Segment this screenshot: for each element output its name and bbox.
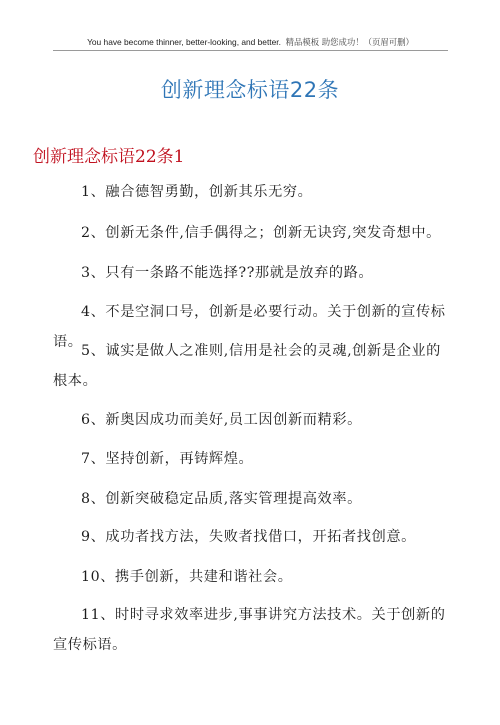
section-heading: 创新理念标语22条1 xyxy=(33,145,184,169)
page-header: You have become thinner, better-looking,… xyxy=(53,36,448,51)
slogan-item-2: 2、创新无条件,信手偶得之；创新无诀窍,突发奇想中。 xyxy=(53,218,448,248)
slogan-item-3: 3、只有一条路不能选择??那就是放弃的路。 xyxy=(53,258,448,288)
slogan-item-5: 5、诚实是做人之准则,信用是社会的灵魂,创新是企业的根本。 xyxy=(53,336,448,396)
slogan-item-1: 1、融合德智勇勤，创新其乐无穷。 xyxy=(53,177,448,207)
header-english-text: You have become thinner, better-looking,… xyxy=(87,37,281,47)
slogan-item-10: 10、携手创新，共建和谐社会。 xyxy=(53,562,448,592)
header-chinese-text: 精品模板 助您成功！（页眉可删） xyxy=(286,37,414,47)
slogan-item-9: 9、成功者找方法，失败者找借口，开拓者找创意。 xyxy=(53,522,448,552)
slogan-item-7: 7、坚持创新，再铸辉煌。 xyxy=(53,444,448,474)
slogan-item-11: 11、时时寻求效率进步,事事讲究方法技术。关于创新的宣传标语。 xyxy=(53,600,448,660)
slogan-item-8: 8、创新突破稳定品质,落实管理提高效率。 xyxy=(53,484,448,514)
document-title: 创新理念标语22条 xyxy=(0,76,500,104)
slogan-item-6: 6、新奥因成功而美好,员工因创新而精彩。 xyxy=(53,405,448,435)
